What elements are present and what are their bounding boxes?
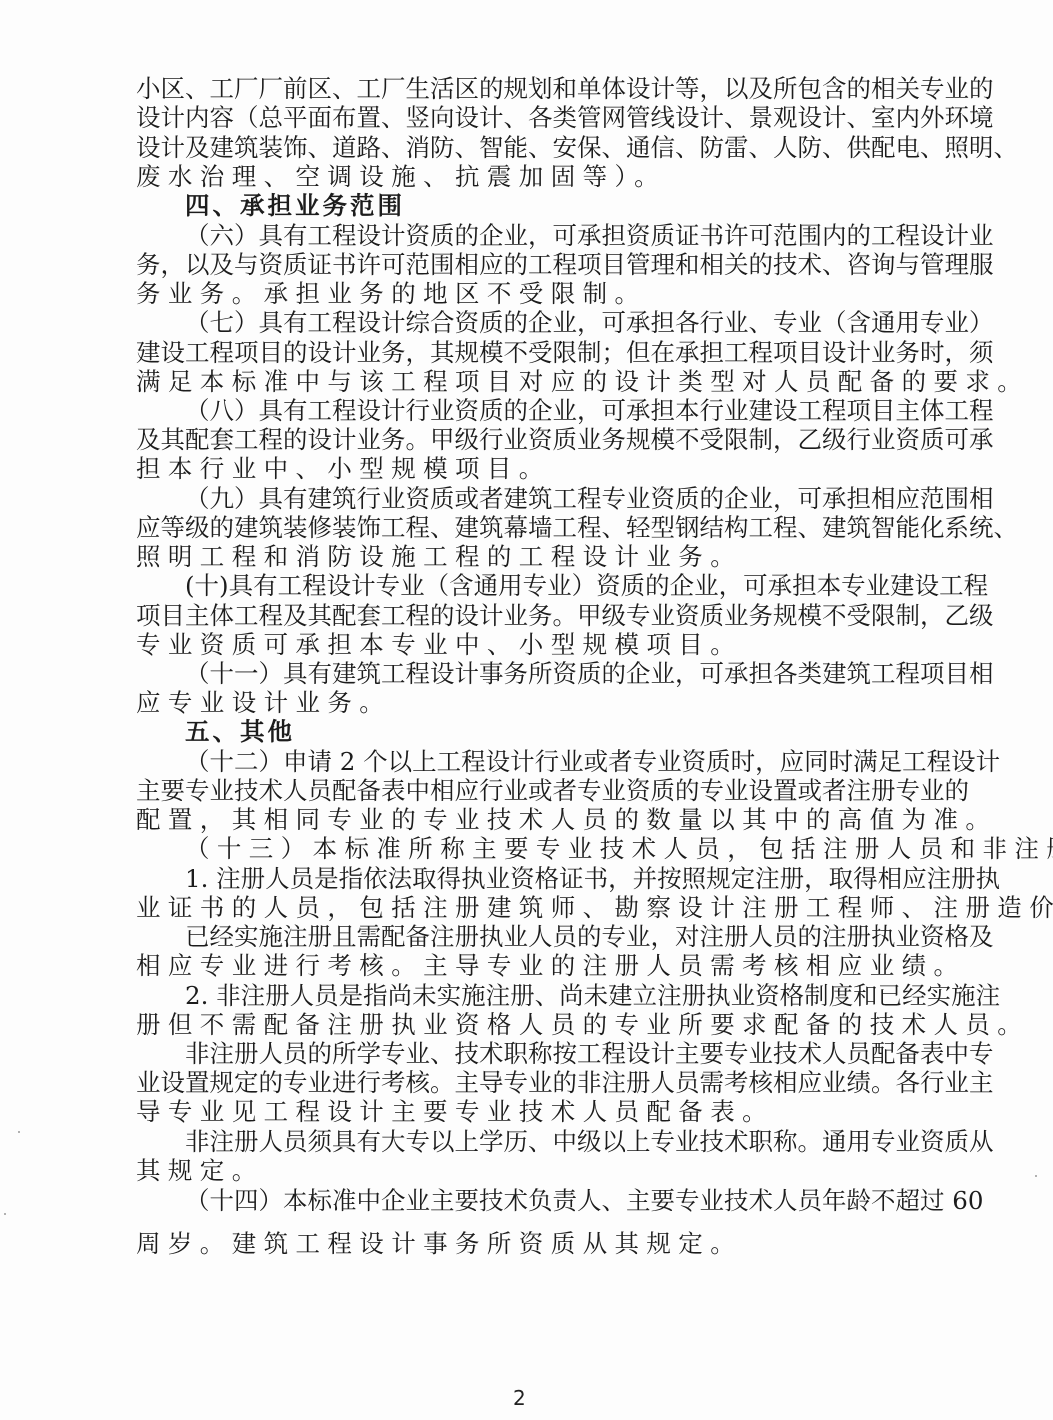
text-line: (十)具有工程设计专业（含通用专业）资质的企业，可承担本专业建设工程 [185, 571, 911, 600]
text-line: 业证书的人员，包括注册建筑师、勘察设计注册工程师、注册造价工程师等。 [136, 893, 911, 922]
text-line: 2. 非注册人员是指尚未实施注册、尚未建立注册执业资格制度和已经实施注 [185, 981, 911, 1010]
text-line: 担本行业中、小型规模项目。 [136, 454, 911, 483]
scan-speck [1035, 1175, 1037, 1177]
text-line: 务业务。承担业务的地区不受限制。 [136, 279, 911, 308]
text-line: 非注册人员的所学专业、技术职称按工程设计主要专业技术人员配备表中专 [185, 1039, 911, 1068]
text-line: 相应专业进行考核。主导专业的注册人员需考核相应业绩。 [136, 951, 911, 980]
text-line: 满足本标准中与该工程项目对应的设计类型对人员配备的要求。 [136, 367, 911, 396]
text-line: 应专业设计业务。 [136, 688, 911, 717]
text-line: 导专业见工程设计主要专业技术人员配备表。 [136, 1097, 911, 1126]
scan-speck [933, 348, 935, 350]
text-line: 设计及建筑装饰、道路、消防、智能、安保、通信、防雷、人防、供配电、照明、 [136, 133, 911, 162]
text-line: 项目主体工程及其配套工程的设计业务。甲级专业资质业务规模不受限制，乙级 [136, 601, 911, 630]
page-number: 2 [513, 1386, 526, 1410]
text-line: （十二）申请 2 个以上工程设计行业或者专业资质时，应同时满足工程设计 [185, 747, 911, 776]
text-line: （十四）本标准中企业主要技术负责人、主要专业技术人员年龄不超过 60 [185, 1186, 911, 1215]
text-line: （八）具有工程设计行业资质的企业，可承担本行业建设工程项目主体工程 [185, 396, 911, 425]
text-line: 非注册人员须具有大专以上学历、中级以上专业技术职称。通用专业资质从 [185, 1127, 911, 1156]
text-line: 1. 注册人员是指依法取得执业资格证书，并按照规定注册，取得相应注册执 [185, 864, 911, 893]
text-line: 小区、工厂厂前区、工厂生活区的规划和单体设计等，以及所包含的相关专业的 [136, 74, 911, 103]
scan-speck [4, 1213, 6, 1215]
text-line: （六）具有工程设计资质的企业，可承担资质证书许可范围内的工程设计业 [185, 221, 911, 250]
scan-speck [18, 1131, 20, 1133]
text-line: 务，以及与资质证书许可范围相应的工程项目管理和相关的技术、咨询与管理服 [136, 250, 911, 279]
scan-speck [914, 536, 916, 538]
text-line: 设计内容（总平面布置、竖向设计、各类管网管线设计、景观设计、室内外环境 [136, 103, 911, 132]
text-line: 周岁。建筑工程设计事务所资质从其规定。 [136, 1229, 911, 1258]
text-line: 已经实施注册且需配备注册执业人员的专业，对注册人员的注册执业资格及 [185, 922, 911, 951]
text-line: （七）具有工程设计综合资质的企业，可承担各行业、专业（含通用专业） [185, 308, 911, 337]
text-line: 其规定。 [136, 1156, 911, 1185]
text-line: 专业资质可承担本专业中、小型规模项目。 [136, 630, 911, 659]
section-heading: 五、其他 [185, 717, 911, 746]
text-line: （十三）本标准所称主要专业技术人员，包括注册人员和非注册人员两类。 [185, 834, 911, 863]
text-line: （九）具有建筑行业资质或者建筑工程专业资质的企业，可承担相应范围相 [185, 484, 911, 513]
text-line: 废水治理、空调设施、抗震加固等）。 [136, 162, 911, 191]
text-line: 主要专业技术人员配备表中相应行业或者专业资质的专业设置或者注册专业的 [136, 776, 911, 805]
text-line: 照明工程和消防设施工程的工程设计业务。 [136, 542, 911, 571]
text-line: 业设置规定的专业进行考核。主导专业的非注册人员需考核相应业绩。各行业主 [136, 1068, 911, 1097]
scan-speck [937, 330, 939, 332]
text-line: 建设工程项目的设计业务，其规模不受限制；但在承担工程项目设计业务时，须 [136, 338, 911, 367]
text-line: 及其配套工程的设计业务。甲级行业资质业务规模不受限制，乙级行业资质可承 [136, 425, 911, 454]
document-page: 小区、工厂厂前区、工厂生活区的规划和单体设计等，以及所包含的相关专业的设计内容（… [0, 0, 1053, 1420]
text-line: 应等级的建筑装修装饰工程、建筑幕墙工程、轻型钢结构工程、建筑智能化系统、 [136, 513, 911, 542]
section-heading: 四、承担业务范围 [185, 191, 911, 220]
text-line: （十一）具有建筑工程设计事务所资质的企业，可承担各类建筑工程项目相 [185, 659, 911, 688]
text-line: 配置，其相同专业的专业技术人员的数量以其中的高值为准。 [136, 805, 911, 834]
text-line: 册但不需配备注册执业资格人员的专业所要求配备的技术人员。 [136, 1010, 911, 1039]
